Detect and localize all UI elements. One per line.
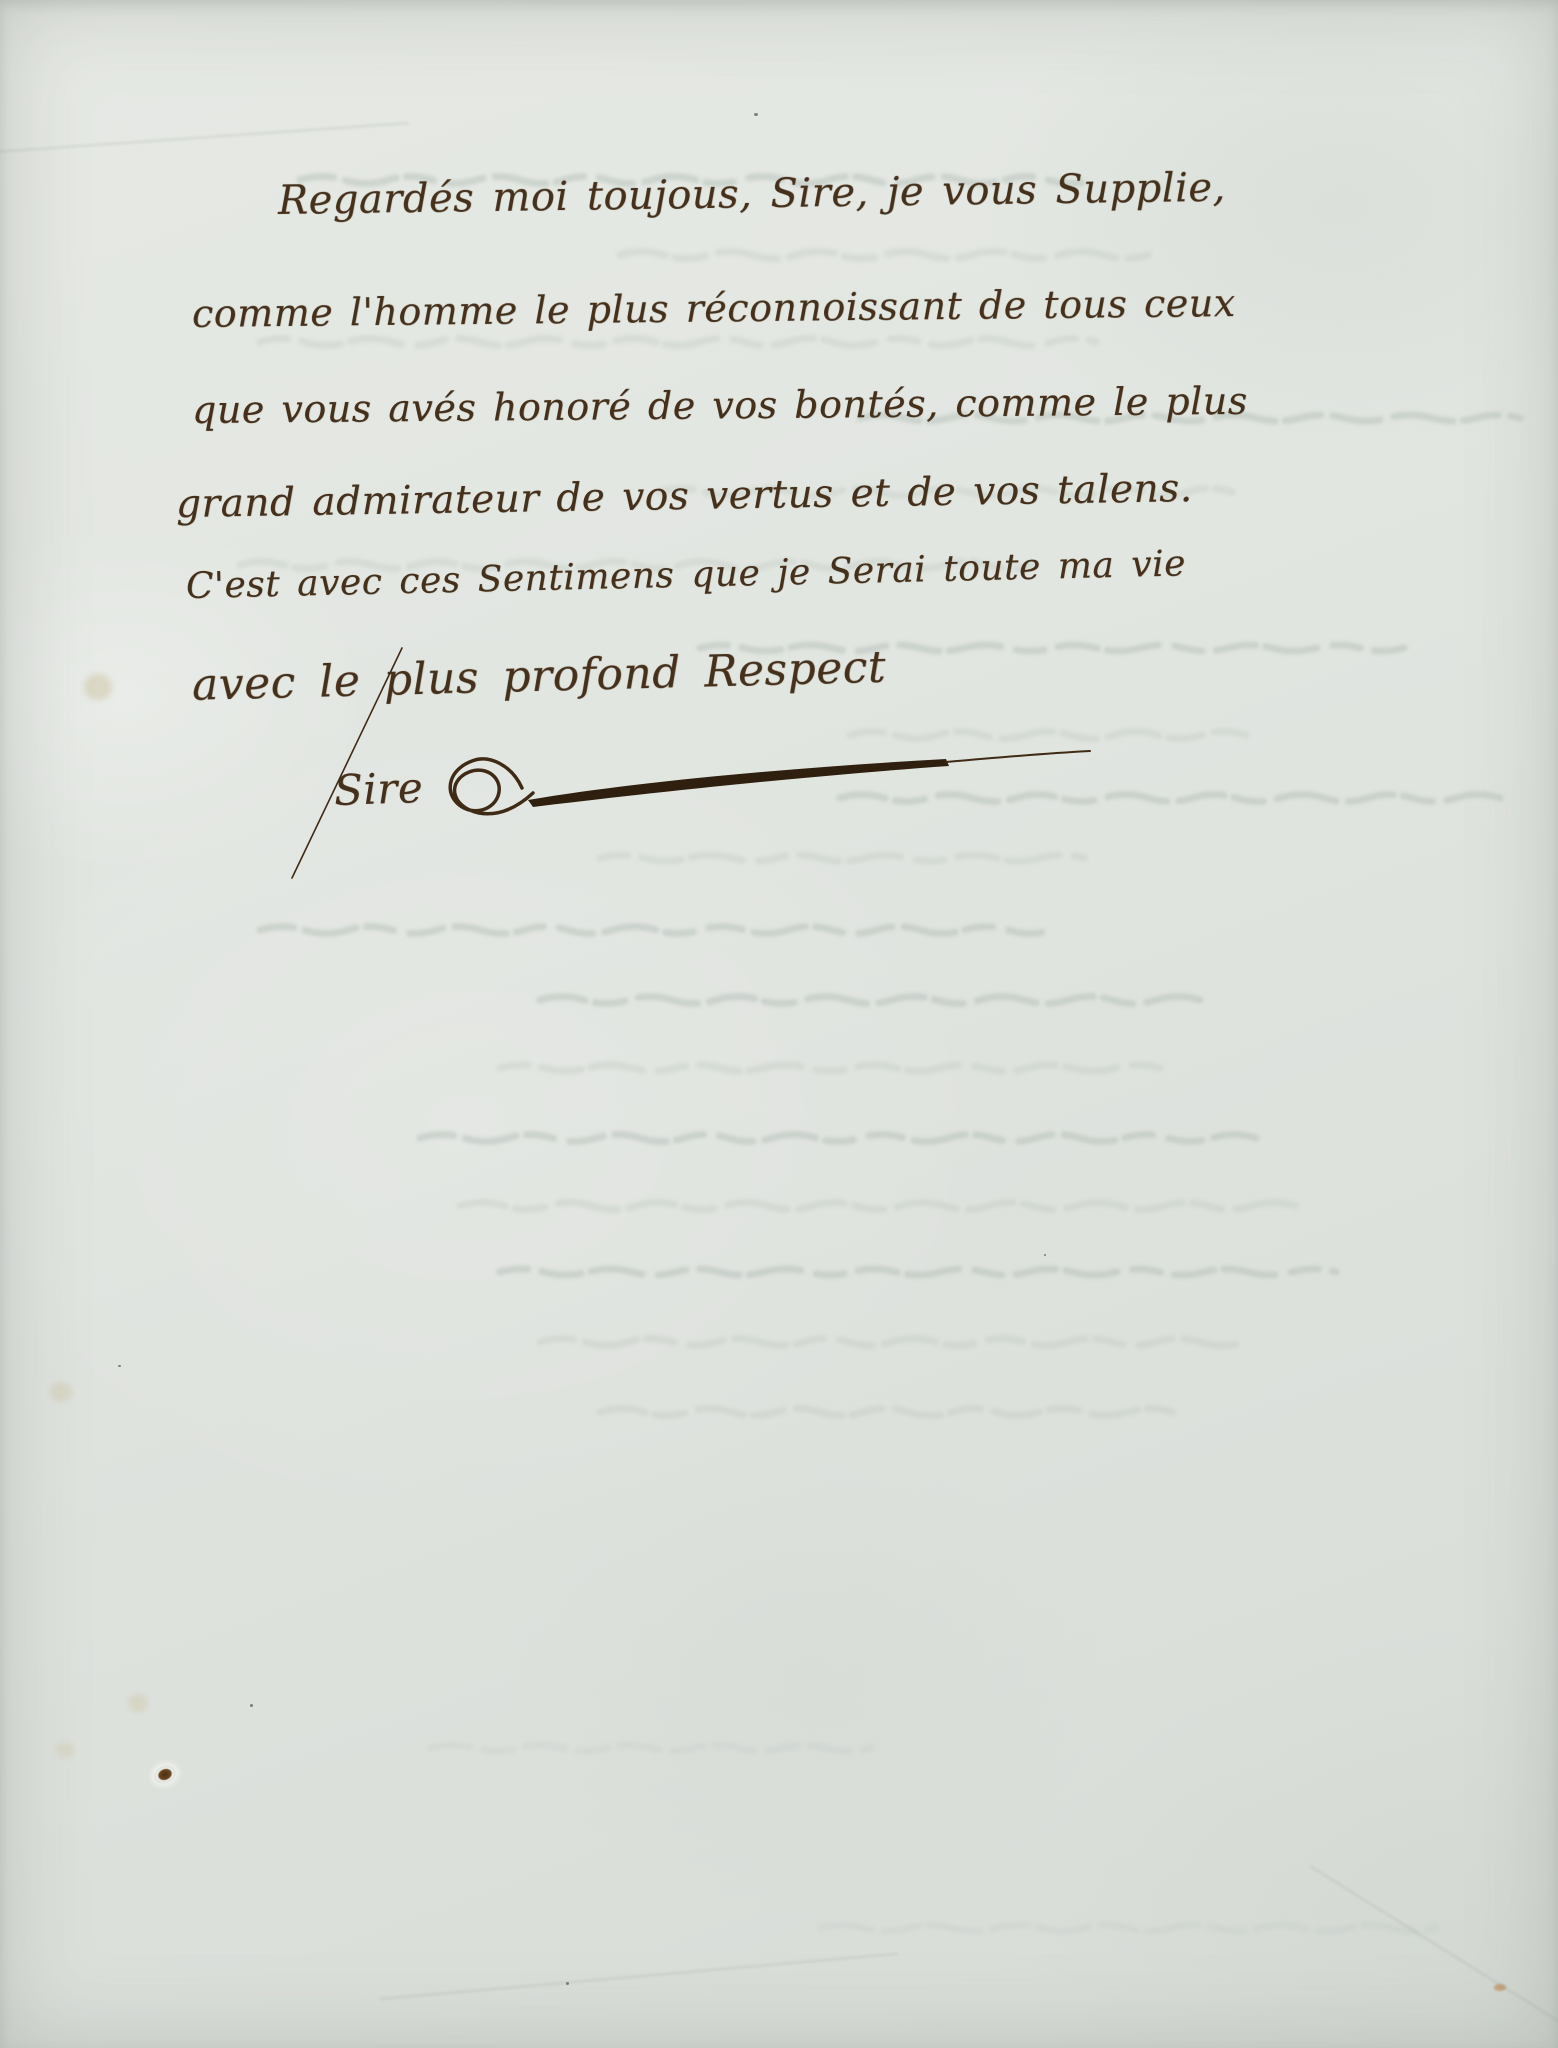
manuscript-line-3: que vous avés honoré de vos bontés, comm… xyxy=(192,379,1248,432)
paper-stain xyxy=(56,1742,74,1758)
paper-crease xyxy=(1309,1865,1558,2042)
paper-hole xyxy=(152,1762,179,1786)
paper-speck xyxy=(250,1704,253,1707)
paper-speck xyxy=(118,1365,121,1367)
manuscript-line-1: Regardés moi toujous, Sire, je vous Supp… xyxy=(278,165,1226,224)
paper-speck xyxy=(1044,1254,1046,1256)
valediction-sire: Sire xyxy=(333,763,424,815)
manuscript-line-4: grand admirateur de vos vertus et de vos… xyxy=(176,466,1193,527)
paper-crease xyxy=(0,122,409,154)
manuscript-line-6: avec le plus profond Respect xyxy=(191,642,886,711)
paper-crease xyxy=(380,1953,898,2000)
paper-stain xyxy=(128,1694,148,1712)
manuscript-line-5: C'est avec ces Sentimens que je Serai to… xyxy=(186,543,1187,607)
paper-stain xyxy=(50,1382,72,1402)
paper-speck xyxy=(754,113,758,116)
paper-stain xyxy=(84,674,112,700)
manuscript-line-2: comme l'homme le plus réconnoissant de t… xyxy=(192,281,1236,336)
manuscript-page: Regardés moi toujous, Sire, je vous Supp… xyxy=(0,0,1558,2048)
